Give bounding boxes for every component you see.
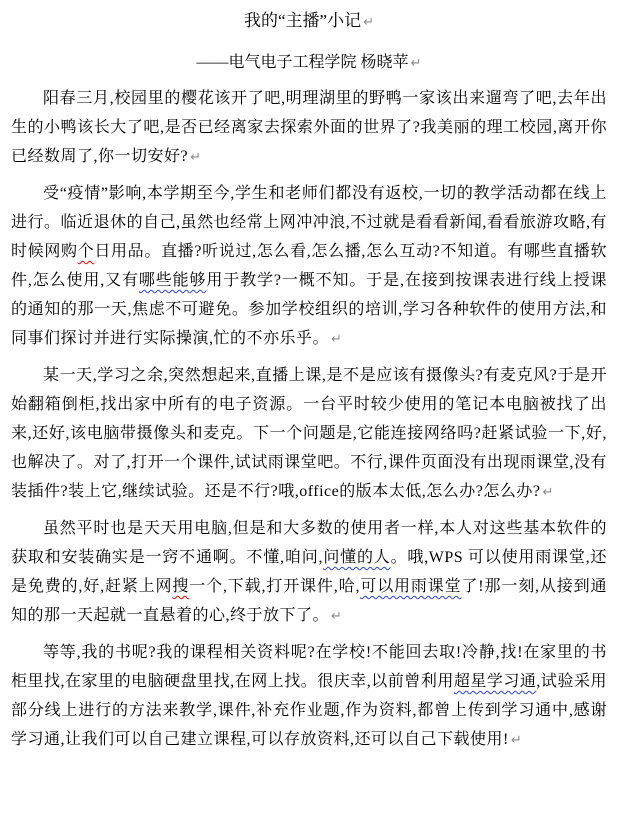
document-body: 阳春三月,校园里的樱花该开了吧,明理湖里的野鸭一家该出来遛弯了吧,去年出生的小鸭…	[11, 84, 607, 755]
paragraph-mark-icon: ↵	[409, 56, 422, 71]
paragraph[interactable]: 等等,我的书呢?我的课程相关资料呢?在学校!不能回去取!冷静,找!在家里的书柜里…	[11, 638, 607, 755]
document-page: 我的“主播”小记↵ ——电气电子工程学院 杨晓苹↵ 阳春三月,校园里的樱花该开了…	[0, 0, 617, 835]
paragraph-mark-icon: ↵	[329, 609, 342, 624]
text-run: 某一天,学习之余,突然想起来,直播上课,是不是应该有摄像头?有麦克风?于是开始翻…	[11, 367, 607, 500]
paragraph-mark-icon: ↵	[361, 15, 374, 30]
byline-paragraph[interactable]: ——电气电子工程学院 杨晓苹↵	[11, 48, 607, 78]
paragraph-mark-icon: ↵	[329, 332, 342, 347]
spelling-underline-run: 搜	[172, 578, 189, 595]
grammar-underline-run: 哪些能够	[139, 272, 207, 289]
grammar-underline-run: 可以用雨课堂	[360, 578, 461, 595]
paragraph-mark-icon: ↵	[188, 150, 201, 165]
text-run: 阳春三月,校园里的樱花该开了吧,明理湖里的野鸭一家该出来遛弯了吧,去年出生的小鸭…	[11, 90, 607, 165]
paragraph[interactable]: 虽然平时也是天天用电脑,但是和大多数的使用者一样,本人对这些基本软件的获取和安装…	[11, 514, 607, 631]
paragraph-mark-icon: ↵	[509, 733, 522, 748]
byline: ——电气电子工程学院 杨晓苹	[197, 54, 409, 71]
paragraph[interactable]: 受“疫情”影响,本学期至今,学生和老师们都没有返校,一切的教学活动都在线上进行。…	[11, 179, 607, 354]
grammar-underline-run: 超星学习通	[454, 673, 537, 690]
text-run: 一个,下载,打开课件,哈,	[189, 578, 360, 595]
spelling-underline-run: 个	[78, 243, 95, 260]
paragraph-mark-icon: ↵	[540, 485, 553, 500]
title-paragraph[interactable]: 我的“主播”小记↵	[11, 6, 607, 38]
paragraph[interactable]: 某一天,学习之余,突然想起来,直播上课,是不是应该有摄像头?有麦克风?于是开始翻…	[11, 361, 607, 507]
grammar-underline-run: 问懂的人	[323, 549, 391, 566]
paragraph[interactable]: 阳春三月,校园里的樱花该开了吧,明理湖里的野鸭一家该出来遛弯了吧,去年出生的小鸭…	[11, 84, 607, 172]
page-title: 我的“主播”小记	[244, 11, 361, 30]
